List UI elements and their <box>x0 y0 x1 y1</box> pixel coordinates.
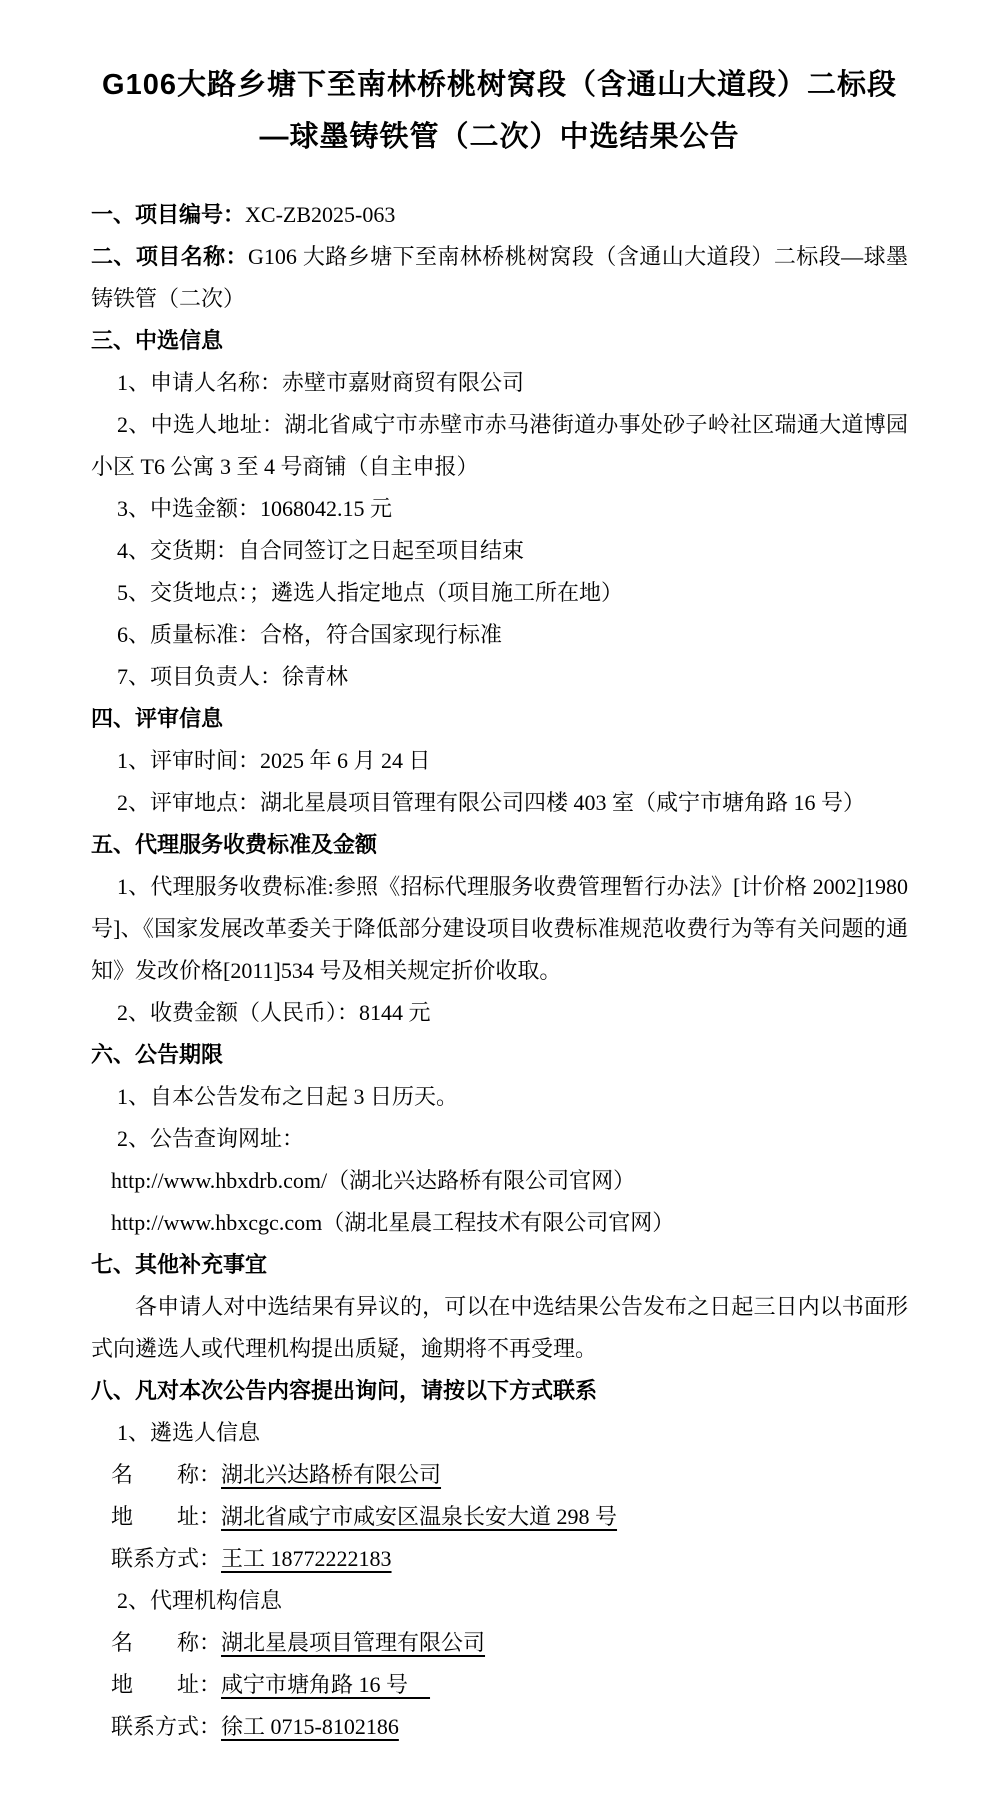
winning-amount-item: 3、中选金额：1068042.15 元 <box>91 488 908 530</box>
announcement-duration-item: 1、自本公告发布之日起 3 日历天。 <box>91 1076 908 1118</box>
quality-standard-item: 6、质量标准：合格，符合国家现行标准 <box>91 614 908 656</box>
delivery-place-item: 5、交货地点：；遴选人指定地点（项目施工所在地） <box>91 572 908 614</box>
selector-contact-value: 王工 18772222183 <box>221 1546 392 1571</box>
announcement-page: G106大路乡塘下至南林桥桃树窝段（含通山大道段）二标段 —球墨铸铁管（二次）中… <box>0 0 1000 1748</box>
delivery-period-item: 4、交货期：自合同签订之日起至项目结束 <box>91 530 908 572</box>
announcement-title: G106大路乡塘下至南林桥桃树窝段（含通山大道段）二标段 —球墨铸铁管（二次）中… <box>91 59 908 163</box>
agency-contact-label: 联系方式： <box>111 1714 221 1739</box>
agency-address-line: 地 址：咸宁市塘角路 16 号 <box>91 1664 908 1706</box>
title-line-1: G106大路乡塘下至南林桥桃树窝段（含通山大道段）二标段 <box>91 59 908 111</box>
applicant-name-item: 1、申请人名称：赤壁市嘉财商贸有限公司 <box>91 362 908 404</box>
selector-info-title: 1、遴选人信息 <box>91 1412 908 1454</box>
objection-notice-paragraph: 各申请人对中选结果有异议的，可以在中选结果公告发布之日起三日内以书面形式向遴选人… <box>91 1286 908 1370</box>
agency-address-value: 咸宁市塘角路 16 号 <box>221 1672 430 1697</box>
section-contact-heading: 八、凡对本次公告内容提出询问，请按以下方式联系 <box>91 1370 908 1412</box>
agency-name-label: 名 称： <box>111 1630 221 1655</box>
agency-fee-amount-item: 2、收费金额（人民币）：8144 元 <box>91 992 908 1034</box>
selector-name-label: 名 称： <box>111 1462 221 1487</box>
section-agency-fee-heading: 五、代理服务收费标准及金额 <box>91 824 908 866</box>
section-supplementary-heading: 七、其他补充事宜 <box>91 1244 908 1286</box>
title-line-2: —球墨铸铁管（二次）中选结果公告 <box>91 111 908 163</box>
project-name-line: 二、项目名称：G106 大路乡塘下至南林桥桃树窝段（含通山大道段）二标段—球墨铸… <box>91 236 908 320</box>
agency-fee-standard-item: 1、代理服务收费标准:参照《招标代理服务收费管理暂行办法》[计价格 2002]1… <box>91 866 908 992</box>
announcement-url-hbxcgc: http://www.hbxcgc.com（湖北星晨工程技术有限公司官网） <box>91 1202 908 1244</box>
project-number-value: XC-ZB2025-063 <box>245 202 395 227</box>
selector-address-line: 地 址：湖北省咸宁市咸安区温泉长安大道 298 号 <box>91 1496 908 1538</box>
project-number-line: 一、项目编号：XC-ZB2025-063 <box>91 194 908 236</box>
announcement-url-label-item: 2、公告查询网址： <box>91 1118 908 1160</box>
section-winner-info-heading: 三、中选信息 <box>91 320 908 362</box>
agency-name-line: 名 称：湖北星晨项目管理有限公司 <box>91 1622 908 1664</box>
selector-address-label: 地 址： <box>111 1504 221 1529</box>
agency-address-label: 地 址： <box>111 1672 221 1697</box>
announcement-url-hbxdrb: http://www.hbxdrb.com/（湖北兴达路桥有限公司官网） <box>91 1160 908 1202</box>
selector-contact-label: 联系方式： <box>111 1546 221 1571</box>
agency-contact-line: 联系方式：徐工 0715-8102186 <box>91 1706 908 1748</box>
selector-contact-line: 联系方式：王工 18772222183 <box>91 1538 908 1580</box>
section-announcement-period-heading: 六、公告期限 <box>91 1034 908 1076</box>
agency-contact-value: 徐工 0715-8102186 <box>221 1714 399 1739</box>
selector-name-line: 名 称：湖北兴达路桥有限公司 <box>91 1454 908 1496</box>
review-time-item: 1、评审时间：2025 年 6 月 24 日 <box>91 740 908 782</box>
review-place-item: 2、评审地点：湖北星晨项目管理有限公司四楼 403 室（咸宁市塘角路 16 号） <box>91 782 908 824</box>
section-review-info-heading: 四、评审信息 <box>91 698 908 740</box>
project-manager-item: 7、项目负责人：徐青林 <box>91 656 908 698</box>
selector-name-value: 湖北兴达路桥有限公司 <box>221 1462 441 1487</box>
winner-address-item: 2、中选人地址：湖北省咸宁市赤壁市赤马港街道办事处砂子岭社区瑞通大道博园小区 T… <box>91 404 908 488</box>
agency-name-value: 湖北星晨项目管理有限公司 <box>221 1630 485 1655</box>
announcement-body: 一、项目编号：XC-ZB2025-063 二、项目名称：G106 大路乡塘下至南… <box>91 194 908 1748</box>
project-number-label: 一、项目编号： <box>91 202 245 227</box>
selector-address-value: 湖北省咸宁市咸安区温泉长安大道 298 号 <box>221 1504 617 1529</box>
agency-info-title: 2、代理机构信息 <box>91 1580 908 1622</box>
project-name-label: 二、项目名称： <box>91 244 248 269</box>
